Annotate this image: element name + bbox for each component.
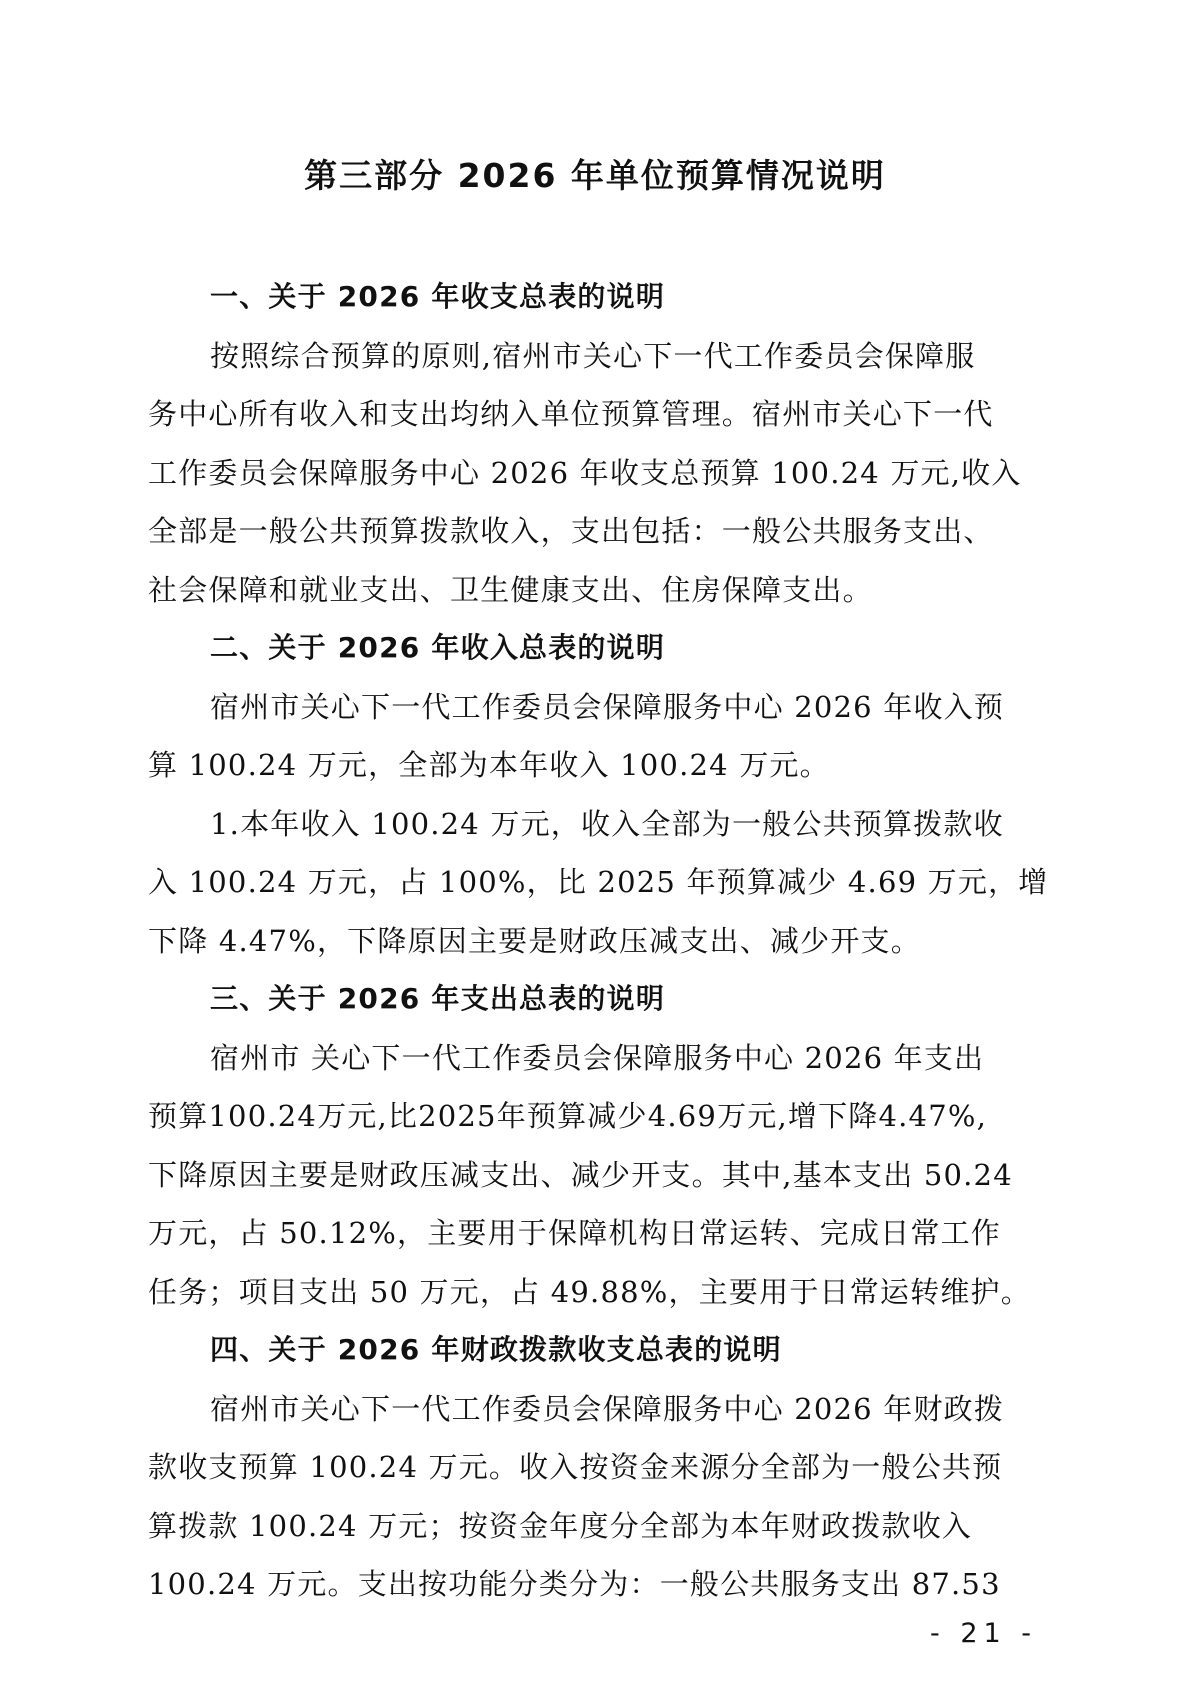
paragraph-line: 入 100.24 万元，占 100%，比 2025 年预算减少 4.69 万元，… bbox=[148, 853, 1028, 912]
paragraph-line: 算 100.24 万元，全部为本年收入 100.24 万元。 bbox=[148, 736, 1028, 795]
section-heading-3: 三、关于 2026 年支出总表的说明 bbox=[148, 970, 1028, 1029]
paragraph-line: 任务；项目支出 50 万元，占 49.88%，主要用于日常运转维护。 bbox=[148, 1263, 1028, 1322]
paragraph-line: 全部是一般公共预算拨款收入，支出包括：一般公共服务支出、 bbox=[148, 502, 1028, 561]
paragraph-line: 宿州市 关心下一代工作委员会保障服务中心 2026 年支出 bbox=[148, 1029, 1028, 1088]
page-number: - 21 - bbox=[930, 1618, 1037, 1649]
paragraph-line: 下降 4.47%，下降原因主要是财政压减支出、减少开支。 bbox=[148, 912, 1028, 971]
section-heading-4: 四、关于 2026 年财政拨款收支总表的说明 bbox=[148, 1321, 1028, 1380]
paragraph-line: 款收支预算 100.24 万元。收入按资金来源分全部为一般公共预 bbox=[148, 1438, 1028, 1497]
section-heading-1: 一、关于 2026 年收支总表的说明 bbox=[148, 268, 1028, 327]
paragraph-line: 工作委员会保障服务中心 2026 年收支总预算 100.24 万元,收入 bbox=[148, 444, 1028, 503]
paragraph-line: 预算100.24万元,比2025年预算减少4.69万元,增下降4.47%, bbox=[148, 1087, 1028, 1146]
page-title: 第三部分 2026 年单位预算情况说明 bbox=[0, 150, 1190, 197]
paragraph-line: 宿州市关心下一代工作委员会保障服务中心 2026 年财政拨 bbox=[148, 1380, 1028, 1439]
paragraph-line: 务中心所有收入和支出均纳入单位预算管理。宿州市关心下一代 bbox=[148, 385, 1028, 444]
paragraph-line: 算拨款 100.24 万元；按资金年度分全部为本年财政拨款收入 bbox=[148, 1497, 1028, 1556]
document-body: 一、关于 2026 年收支总表的说明 按照综合预算的原则,宿州市关心下一代工作委… bbox=[148, 268, 1028, 1614]
paragraph-line: 万元，占 50.12%，主要用于保障机构日常运转、完成日常工作 bbox=[148, 1204, 1028, 1263]
paragraph-line: 下降原因主要是财政压减支出、减少开支。其中,基本支出 50.24 bbox=[148, 1146, 1028, 1205]
paragraph-line: 宿州市关心下一代工作委员会保障服务中心 2026 年收入预 bbox=[148, 678, 1028, 737]
paragraph-line: 社会保障和就业支出、卫生健康支出、住房保障支出。 bbox=[148, 561, 1028, 620]
paragraph-line: 100.24 万元。支出按功能分类分为：一般公共服务支出 87.53 bbox=[148, 1555, 1028, 1614]
paragraph-line: 1.本年收入 100.24 万元，收入全部为一般公共预算拨款收 bbox=[148, 795, 1028, 854]
paragraph-line: 按照综合预算的原则,宿州市关心下一代工作委员会保障服 bbox=[148, 327, 1028, 386]
section-heading-2: 二、关于 2026 年收入总表的说明 bbox=[148, 619, 1028, 678]
